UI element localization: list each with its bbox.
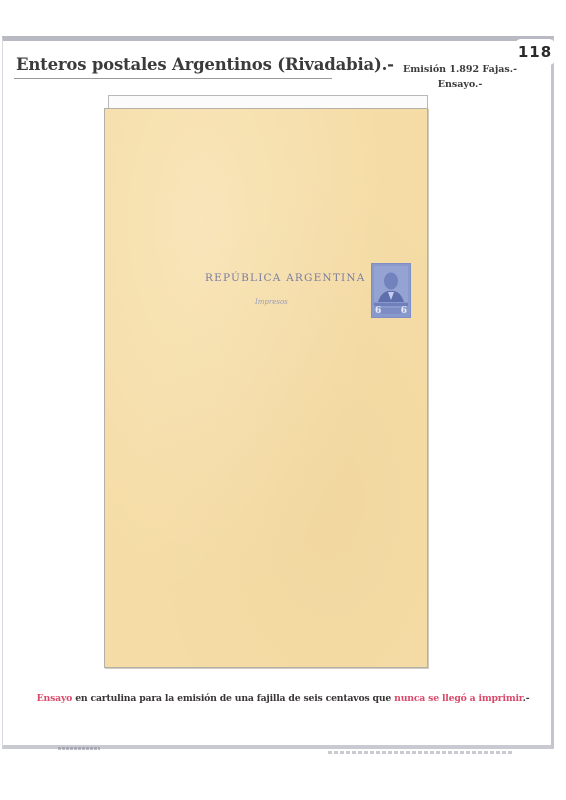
scan-artifact-left: [58, 747, 100, 750]
caption-highlight-never-printed: nunca se llegó a imprimir: [394, 693, 522, 704]
caption-end: .-: [523, 693, 530, 704]
stamp-value-right: 6: [401, 306, 407, 316]
page-number: 118: [515, 39, 555, 65]
description-caption: Ensayo en cartulina para la emisión de u…: [0, 693, 566, 704]
card-heading: REPÚBLICA ARGENTINA: [205, 272, 365, 284]
caption-highlight-essay: Ensayo: [37, 693, 73, 704]
essay-line: Ensayo.-: [400, 77, 520, 92]
stamp-imprint: 6 6: [371, 263, 411, 318]
title-underline: [14, 78, 332, 79]
card-subheading: Impresos: [255, 298, 288, 306]
stamp-value-left: 6: [375, 306, 381, 316]
postal-card-essay: REPÚBLICA ARGENTINA Impresos 6 6: [104, 108, 428, 668]
caption-text: en cartulina para la emisión de una faji…: [72, 693, 394, 704]
scan-artifact-right: [328, 751, 513, 754]
emission-subtitle: Emisión 1.892 Fajas.- Ensayo.-: [400, 62, 520, 92]
emission-line: Emisión 1.892 Fajas.-: [400, 62, 520, 77]
page-title: Enteros postales Argentinos (Rivadabia).…: [16, 55, 394, 74]
